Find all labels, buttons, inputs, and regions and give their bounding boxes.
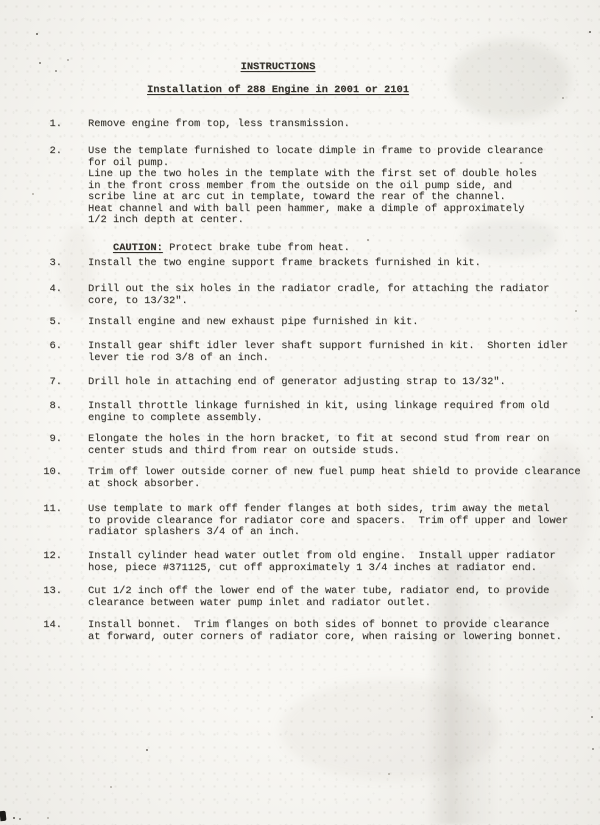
ink-specks: [36, 33, 38, 35]
document-subtitle: Installation of 288 Engine in 2001 or 21…: [0, 85, 556, 97]
instruction-item-2: 2. Use the template furnished to locate …: [38, 146, 590, 227]
item-number: 14.: [38, 620, 62, 643]
instruction-item-14: 14. Install bonnet. Trim flanges on both…: [38, 620, 590, 643]
instruction-item-10: 10. Trim off lower outside corner of new…: [38, 467, 590, 490]
scan-smudge: [280, 680, 500, 780]
instruction-item-3: 3. Install the two engine support frame …: [38, 258, 590, 270]
item-number: 5.: [38, 317, 62, 329]
item-text: Install gear shift idler lever shaft sup…: [88, 341, 568, 364]
item-number: 7.: [38, 377, 62, 389]
scan-edge-artifact: [0, 811, 7, 822]
item-text: Install throttle linkage furnished in ki…: [88, 401, 549, 424]
instruction-item-12: 12. Install cylinder head water outlet f…: [38, 551, 590, 574]
item-number: 2.: [38, 146, 62, 227]
item-text: Install the two engine support frame bra…: [88, 258, 481, 270]
item-number: 8.: [38, 401, 62, 424]
instruction-item-8: 8. Install throttle linkage furnished in…: [38, 401, 590, 424]
item-text: Install bonnet. Trim flanges on both sid…: [88, 620, 562, 643]
item-number: 6.: [38, 341, 62, 364]
item-text: Remove engine from top, less transmissio…: [88, 119, 350, 131]
scan-smudge: [450, 40, 570, 120]
item-text: Install cylinder head water outlet from …: [88, 551, 556, 574]
item-text: Drill out the six holes in the radiator …: [88, 284, 549, 307]
item-number: 10.: [38, 467, 62, 490]
scanned-document-page: INSTRUCTIONS Installation of 288 Engine …: [0, 0, 600, 825]
document-title: INSTRUCTIONS: [0, 62, 556, 74]
item-text: Elongate the holes in the horn bracket, …: [88, 434, 549, 457]
instruction-item-4: 4. Drill out the six holes in the radiat…: [38, 284, 590, 307]
caution-text: Protect brake tube from heat.: [163, 242, 350, 254]
item-text: Use the template furnished to locate dim…: [88, 146, 543, 227]
item-number: 1.: [38, 119, 62, 131]
item-number: 9.: [38, 434, 62, 457]
instruction-item-11: 11. Use template to mark off fender flan…: [38, 504, 590, 539]
item-text: Trim off lower outside corner of new fue…: [88, 467, 581, 490]
item-text: Use template to mark off fender flanges …: [88, 504, 568, 539]
instruction-item-7: 7. Drill hole in attaching end of genera…: [38, 377, 590, 389]
instruction-item-6: 6. Install gear shift idler lever shaft …: [38, 341, 590, 364]
item-number: 11.: [38, 504, 62, 539]
instruction-item-9: 9. Elongate the holes in the horn bracke…: [38, 434, 590, 457]
item-text: Install engine and new exhaust pipe furn…: [88, 317, 418, 329]
item-number: 12.: [38, 551, 62, 574]
instruction-item-1: 1. Remove engine from top, less transmis…: [38, 119, 590, 131]
item-number: 13.: [38, 586, 62, 609]
instruction-item-5: 5. Install engine and new exhaust pipe f…: [38, 317, 590, 329]
item-text: Drill hole in attaching end of generator…: [88, 377, 506, 389]
item-number: 3.: [38, 258, 62, 270]
item-text: Cut 1/2 inch off the lower end of the wa…: [88, 586, 549, 609]
item-number: 4.: [38, 284, 62, 307]
caution-label: CAUTION:: [113, 242, 163, 254]
instruction-item-13: 13. Cut 1/2 inch off the lower end of th…: [38, 586, 590, 609]
